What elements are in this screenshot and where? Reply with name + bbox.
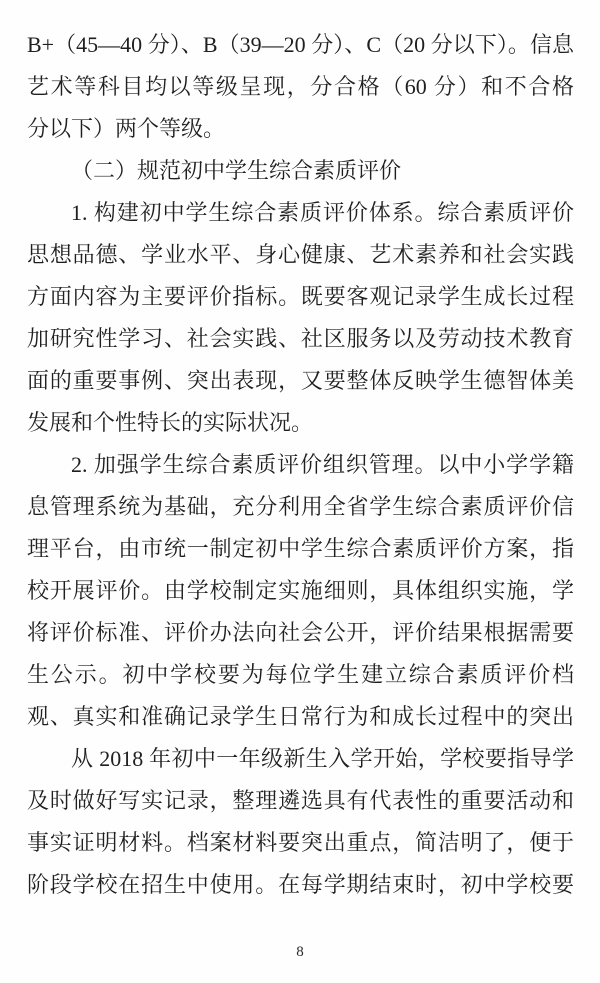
text-line: 及时做好写实记录，整理遴选具有代表性的重要活动和典型 <box>27 780 574 822</box>
text-line: 从 2018 年初中一年级新生入学开始，学校要指导学生 <box>27 738 574 780</box>
text-line: 方面内容为主要评价指标。既要客观记录学生成长过程中参 <box>27 276 574 318</box>
section-heading: （二）规范初中学生综合素质评价 <box>27 150 574 192</box>
text-line: B+（45—40 分）、B（39—20 分）、C（20 分以下）。信息技术、 <box>27 24 574 66</box>
text-line: 分以下）两个等级。 <box>27 108 574 150</box>
text-line: 事实证明材料。档案材料要突出重点，简洁明了，便于高中 <box>27 822 574 864</box>
text-line: 艺术等科目均以等级呈现，分合格（60 分）和不合格（60 <box>27 66 574 108</box>
text-line: 生公示。初中学校要为每位学生建立综合素质评价档案，客 <box>27 654 574 696</box>
text-line: 2. 加强学生综合素质评价组织管理。以中小学学籍信 <box>27 444 574 486</box>
document-text-block: B+（45—40 分）、B（39—20 分）、C（20 分以下）。信息技术、 艺… <box>27 24 574 906</box>
document-page: B+（45—40 分）、B（39—20 分）、C（20 分以下）。信息技术、 艺… <box>0 0 600 983</box>
text-line: 息管理系统为基础，充分利用全省学生综合素质评价信息管 <box>27 486 574 528</box>
text-line: 加研究性学习、社会实践、社区服务以及劳动技术教育等方 <box>27 318 574 360</box>
text-line: 面的重要事例、突出表现，又要整体反映学生德智体美全面 <box>27 360 574 402</box>
text-line: 观、真实和准确记录学生日常行为和成长过程中的突出表现。 <box>27 696 574 738</box>
text-line: 将评价标准、评价办法向社会公开，评价结果根据需要向学 <box>27 612 574 654</box>
text-line: 校开展评价。由学校制定实施细则，具体组织实施，学校应 <box>27 570 574 612</box>
text-line: 发展和个性特长的实际状况。 <box>27 402 574 444</box>
text-line: 理平台，由市统一制定初中学生综合素质评价方案，指导学 <box>27 528 574 570</box>
text-line: 阶段学校在招生中使用。在每学期结束时，初中学校要将用 <box>27 864 574 906</box>
text-line: 1. 构建初中学生综合素质评价体系。综合素质评价以 <box>27 192 574 234</box>
text-line: 思想品德、学业水平、身心健康、艺术素养和社会实践等五 <box>27 234 574 276</box>
page-number: 8 <box>0 944 600 961</box>
